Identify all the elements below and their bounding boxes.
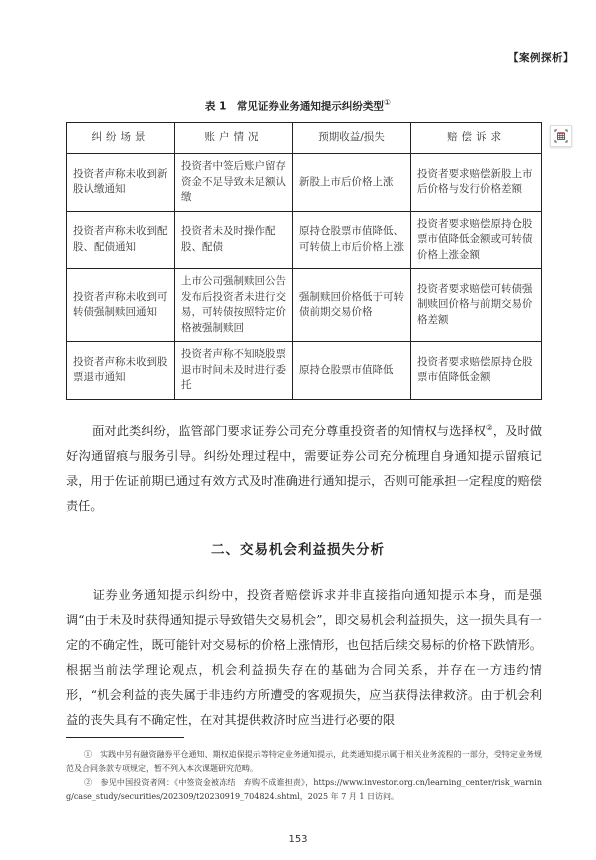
paragraph-2: 证券业务通知提示纠纷中，投资者赔偿诉求并非直接指向通知提示本身，而是强调“由于未… [66, 583, 542, 733]
section-heading: 二、交易机会利益损失分析 [0, 538, 596, 558]
page-number: 153 [0, 834, 596, 845]
table-cell: 新股上市后价格上涨 [293, 154, 411, 212]
table-cell: 原持仓股票市值降低、可转债上市后价格上涨 [293, 211, 411, 269]
table-title: 表 1 常见证券业务通知提示纠纷类型① [0, 98, 596, 114]
footnote-divider [66, 737, 184, 738]
table-cell: 投资者要求赔偿原持仓股票市值降低金额 [411, 342, 542, 400]
table-cell: 强制赎回价格低于可转债前期交易价格 [293, 269, 411, 342]
table-title-footnote-ref[interactable]: ① [384, 98, 391, 107]
column-header: 纠纷场景 [67, 123, 175, 154]
table-cell: 投资者声称未收到可转债强制赎回通知 [67, 269, 175, 342]
column-header: 预期收益/损失 [293, 123, 411, 154]
section-tag: 【案例探析】 [508, 50, 574, 65]
table-cell: 上市公司强制赎回公告发布后投资者未进行交易，可转债按照特定价格被强制赎回 [175, 269, 293, 342]
table-title-text: 表 1 常见证券业务通知提示纠纷类型 [205, 101, 384, 113]
table-view-icon [554, 129, 568, 143]
table-row: 投资者声称未收到配股、配债通知 投资者未及时操作配股、配债 原持仓股票市值降低、… [67, 211, 542, 269]
table-cell: 投资者要求赔偿原持仓股票市值降低金额或可转债价格上涨金额 [411, 211, 542, 269]
column-header: 赔偿诉求 [411, 123, 542, 154]
table-cell: 投资者声称未收到配股、配债通知 [67, 211, 175, 269]
footnote-mark: ② [84, 778, 92, 787]
footnote-1: ① 实践中另有融资融券平仓通知、期权追保提示等特定业务通知提示，此类通知提示属于… [66, 748, 542, 776]
table-cell: 原持仓股票市值降低 [293, 342, 411, 400]
dispute-types-table: 纠纷场景 账户情况 预期收益/损失 赔偿诉求 投资者声称未收到新股认缴通知 投资… [66, 122, 542, 400]
footnote-2: ② 参见中国投资者网：《中签资金被冻结 弃购不成谁担责》，https://www… [66, 776, 542, 804]
table-cell: 投资者声称不知晓股票退市时间未及时进行委托 [175, 342, 293, 400]
paragraph-1-text-a: 面对此类纠纷，监管部门要求证券公司充分尊重投资者的知情权与选择权 [92, 424, 486, 438]
table-cell: 投资者要求赔偿新股上市后价格与发行价格差额 [411, 154, 542, 212]
footnotes: ① 实践中另有融资融券平仓通知、期权追保提示等特定业务通知提示，此类通知提示属于… [66, 748, 542, 804]
table-cell: 投资者声称未收到新股认缴通知 [67, 154, 175, 212]
footnote-text: 实践中另有融资融券平仓通知、期权追保提示等特定业务通知提示，此类通知提示属于相关… [66, 750, 542, 773]
footnote-mark: ① [84, 750, 92, 759]
table-cell: 投资者中签后账户留存资金不足导致未足额认缴 [175, 154, 293, 212]
table-header-row: 纠纷场景 账户情况 预期收益/损失 赔偿诉求 [67, 123, 542, 154]
footnote-ref-2[interactable]: ② [486, 423, 493, 432]
table-cell: 投资者未及时操作配股、配债 [175, 211, 293, 269]
table-row: 投资者声称未收到股票退市通知 投资者声称不知晓股票退市时间未及时进行委托 原持仓… [67, 342, 542, 400]
footnote-text: 参见中国投资者网：《中签资金被冻结 弃购不成谁担责》，https://www.i… [66, 778, 542, 801]
paragraph-1: 面对此类纠纷，监管部门要求证券公司充分尊重投资者的知情权与选择权②，及时做好沟通… [66, 419, 542, 519]
paragraph-2-text: 证券业务通知提示纠纷中，投资者赔偿诉求并非直接指向通知提示本身，而是强调“由于未… [66, 588, 542, 727]
table-row: 投资者声称未收到新股认缴通知 投资者中签后账户留存资金不足导致未足额认缴 新股上… [67, 154, 542, 212]
table-row: 投资者声称未收到可转债强制赎回通知 上市公司强制赎回公告发布后投资者未进行交易，… [67, 269, 542, 342]
table-cell: 投资者声称未收到股票退市通知 [67, 342, 175, 400]
table-view-button[interactable] [550, 125, 572, 147]
table-cell: 投资者要求赔偿可转债强制赎回价格与前期交易价格差额 [411, 269, 542, 342]
column-header: 账户情况 [175, 123, 293, 154]
